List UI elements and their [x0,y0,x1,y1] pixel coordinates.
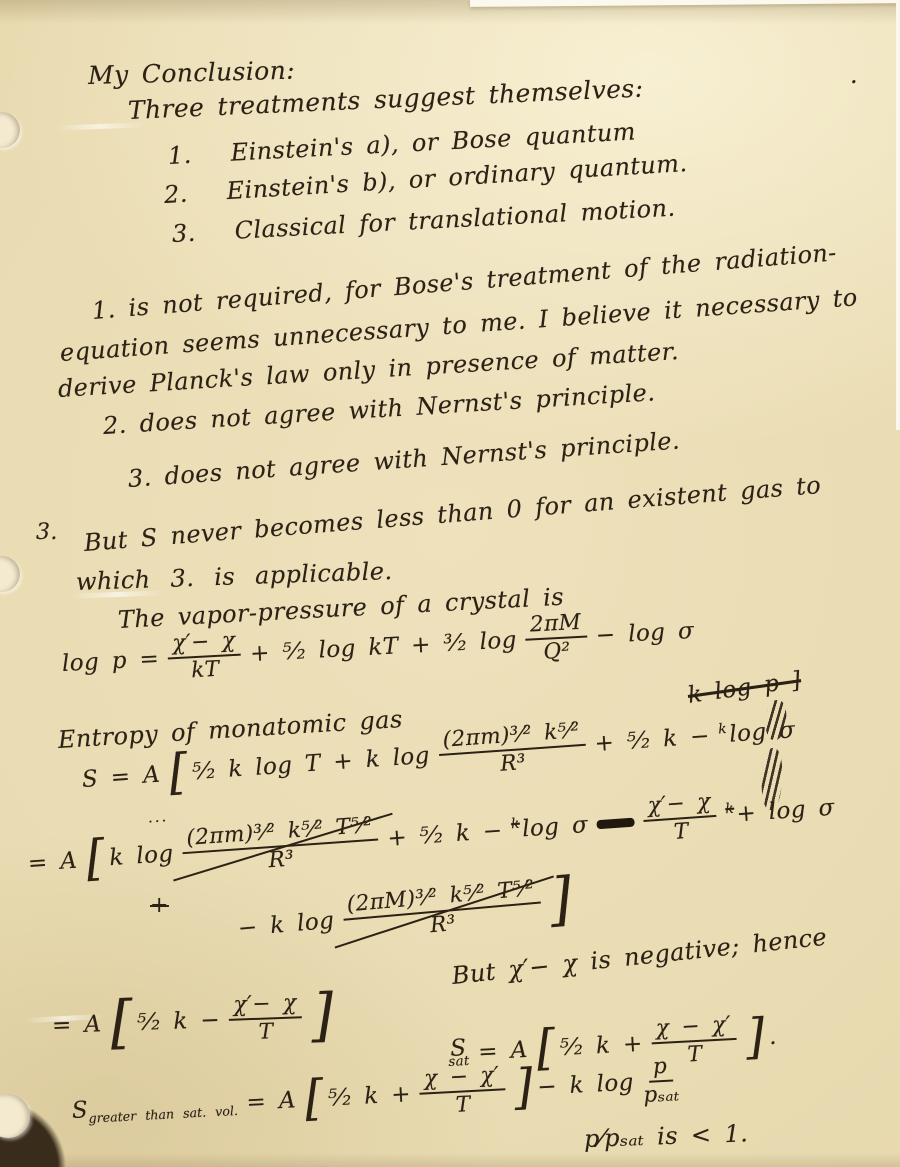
s2-logsigma: log σ [521,812,589,843]
s2-post: k+ log σ [725,795,836,829]
s5-frac-denominator: T [687,1042,703,1068]
crossed-out-klogp: k log p ] [686,667,803,709]
s1-logsigma: log σ [729,717,797,748]
margin-number: 3. [36,520,58,545]
s2-struck-k: k [511,816,521,833]
s6-p-denominator: pₛₐₜ [643,1081,680,1108]
s6-close-bracket: ] [513,1068,534,1108]
s6-open-bracket: [ [304,1079,325,1119]
entropy-note: But χ′− χ is negative; hence [451,924,829,991]
treatment-3-text: Classical for translational motion. [234,194,676,245]
heavy-ink-dash [597,817,636,829]
s2-open-bracket: [ [85,839,107,879]
s6-fraction: χ − χ′ T [419,1063,507,1120]
s3-pre: − k log [237,908,335,943]
s6-pre: ⁵⁄₂ k + [327,1081,411,1112]
struck-plus-sign: + [150,893,169,918]
s1-post: + ⁵⁄₂ k − [594,723,711,757]
s4-close-bracket: ] [310,992,334,1039]
s6-frac-denominator: T [455,1092,471,1118]
manuscript-page: . My Conclusion: Three treatments sugges… [0,0,900,1167]
s6-p-fraction: p pₛₐₜ [641,1054,680,1108]
s2-mid2: klog σ [511,812,589,844]
s1-frac-denominator: R³ [499,750,526,777]
vapor-frac2-numerator: 2πM [524,611,587,641]
s2-pre: k log [109,841,175,872]
s6-tail: − k log [537,1070,635,1101]
vapor-middle: + ⁵⁄₂ log kT + ³⁄₂ log [249,627,517,667]
vapor-fraction-2: 2πM Q² [524,611,588,667]
vapor-tail: − log σ [595,618,695,650]
s4-pre: ⁵⁄₂ k − [137,1007,221,1036]
vapor-frac1-denominator: kT [191,657,221,684]
s4-lhs: = A [52,1011,102,1039]
treatment-2-number: 2. [163,180,188,209]
s6-frac-numerator: χ − χ′ [419,1063,506,1095]
s3-fraction-struck: (2πM)³⁄² k⁵⁄² T⁵⁄² R³ [341,877,543,947]
argument-line2: which 3. is applicable. [76,558,393,597]
p-psat-note: p⁄pₛₐₜ is < 1. [584,1120,749,1153]
entropy-equation-4: = A [ ⁵⁄₂ k − χ′− χ T ] [51,990,339,1052]
stray-ink-dot: . [850,62,858,90]
s1-fraction: (2πm)³⁄² k⁵⁄² R³ [437,719,588,782]
s1-open-bracket: [ [168,753,190,793]
s6-eq: = A [246,1087,297,1116]
treatment-1-number: 1. [167,141,192,170]
s2-mid: + ⁵⁄₂ k − [387,818,504,852]
s4-fraction: χ′− χ T [228,991,303,1046]
s6-subscript: greater than sat. vol. [88,1103,238,1126]
s1-pre: ⁵⁄₂ k log T + k log [191,743,430,786]
s4-frac-denominator: T [258,1020,274,1046]
vapor-frac2-denominator: Q² [543,639,571,666]
s4-open-bracket: [ [110,999,134,1046]
entropy-equation-3: − k log (2πM)³⁄² k⁵⁄² T⁵⁄² R³ ] [236,874,579,956]
treatment-3-number: 3. [171,219,196,248]
s2-frac2-numerator: χ′− χ [642,790,717,822]
s2-fraction-2: χ′− χ T [642,790,719,847]
s2-plus-logsigma: + log σ [736,795,836,828]
s2-frac2-denominator: T [673,819,690,845]
s6-s-label: Sgreater than sat. vol. [71,1089,238,1127]
s4-frac-numerator: χ′− χ [228,991,302,1021]
hole-punch-top [0,112,20,148]
s1-sup-k: k [718,721,728,738]
vapor-fraction-1: χ′− χ kT [167,629,243,685]
s3-close-bracket: ] [547,876,574,924]
heading-title: My Conclusion: [88,57,296,91]
vapor-lhs: log p = [61,646,160,677]
vapor-frac1-numerator: χ′− χ [167,629,241,660]
s5-frac-numerator: χ − χ′ [650,1013,737,1045]
s1-lhs: S = A [81,762,161,794]
hole-punch-middle [0,556,20,592]
s5-period: . [768,1024,777,1051]
paper-bottom-shade [0,1153,900,1167]
s2-lhs: = A [27,848,78,878]
remark3: 3. does not agree with Nernst's principl… [127,427,681,493]
s1-post2: klog σ [718,717,796,749]
s2-fraction-struck: (2πm)³⁄² k⁵⁄² T⁵⁄² R³ [181,814,381,880]
s5-close-bracket: ] [745,1017,766,1057]
s6-S: S [71,1097,89,1124]
s2-struck-k2: k [725,801,735,818]
paper-edge-right [896,0,900,430]
s6-p-numerator: p [647,1055,673,1083]
